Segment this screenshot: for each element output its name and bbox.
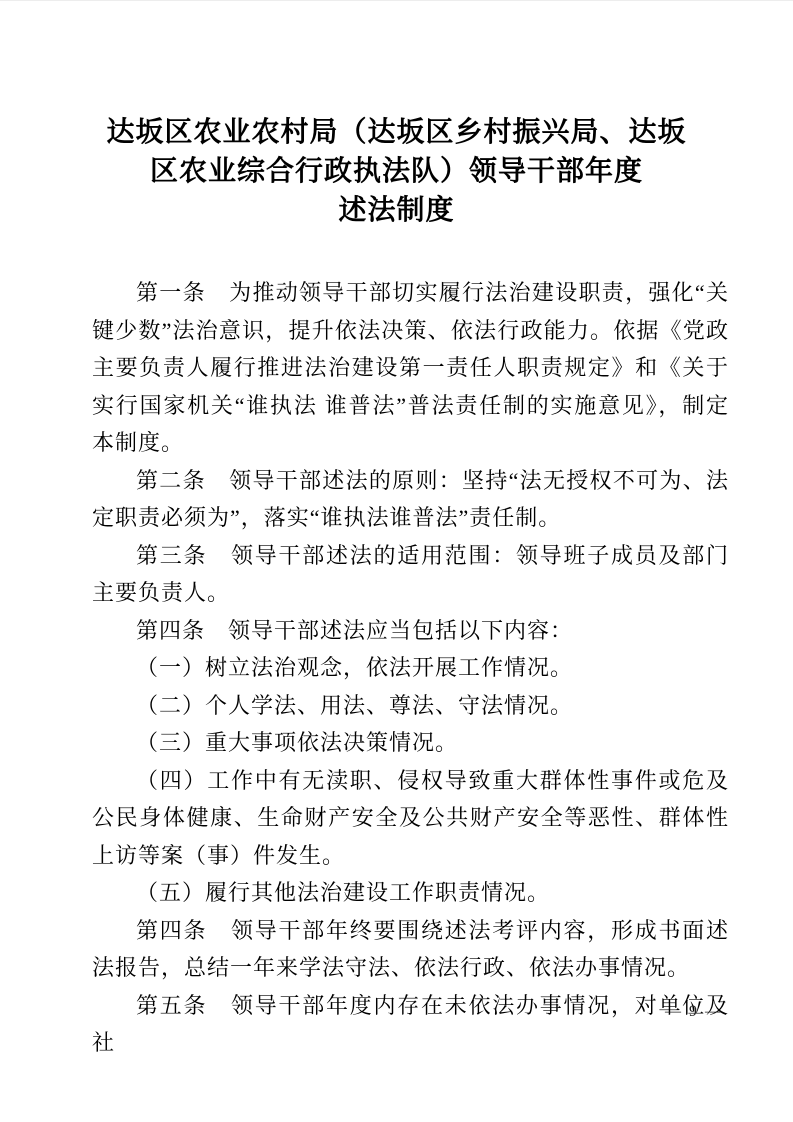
para-item-2: （二）个人学法、用法、尊法、守法情况。 <box>92 687 729 725</box>
para-item-3: （三）重大事项依法决策情况。 <box>92 724 729 762</box>
para-article-4: 第四条 领导干部述法应当包括以下内容： <box>92 612 729 650</box>
para-item-5: （五）履行其他法治建设工作职责情况。 <box>92 874 729 912</box>
para-article-5: 第五条 领导干部年度内存在未依法办事情况，对单位及社 <box>92 987 729 1062</box>
title-line-1: 达坂区农业农村局（达坂区乡村振兴局、达坂 <box>0 113 793 152</box>
para-article-1: 第一条 为推动领导干部切实履行法治建设职责，强化“关键少数”法治意识，提升依法决… <box>92 274 729 462</box>
title-line-3: 述法制度 <box>0 191 793 230</box>
para-item-4: （四）工作中有无渎职、侵权导致重大群体性事件或危及公民身体健康、生命财产安全及公… <box>92 762 729 875</box>
page-number: — 9 — <box>665 1002 723 1022</box>
para-item-1: （一）树立法治观念，依法开展工作情况。 <box>92 649 729 687</box>
para-article-3: 第三条 领导干部述法的适用范围：领导班子成员及部门主要负责人。 <box>92 537 729 612</box>
document-title: 达坂区农业农村局（达坂区乡村振兴局、达坂 区农业综合行政执法队）领导干部年度 述… <box>0 1 793 230</box>
title-line-2: 区农业综合行政执法队）领导干部年度 <box>0 152 793 191</box>
document-page: 达坂区农业农村局（达坂区乡村振兴局、达坂 区农业综合行政执法队）领导干部年度 述… <box>0 0 793 1122</box>
para-article-4-duplicate: 第四条 领导干部年终要围绕述法考评内容，形成书面述法报告，总结一年来学法守法、依… <box>92 912 729 987</box>
para-article-2: 第二条 领导干部述法的原则：坚持“法无授权不可为、法定职责必须为”，落实“谁执法… <box>92 462 729 537</box>
document-body: 第一条 为推动领导干部切实履行法治建设职责，强化“关键少数”法治意识，提升依法决… <box>0 274 793 1062</box>
